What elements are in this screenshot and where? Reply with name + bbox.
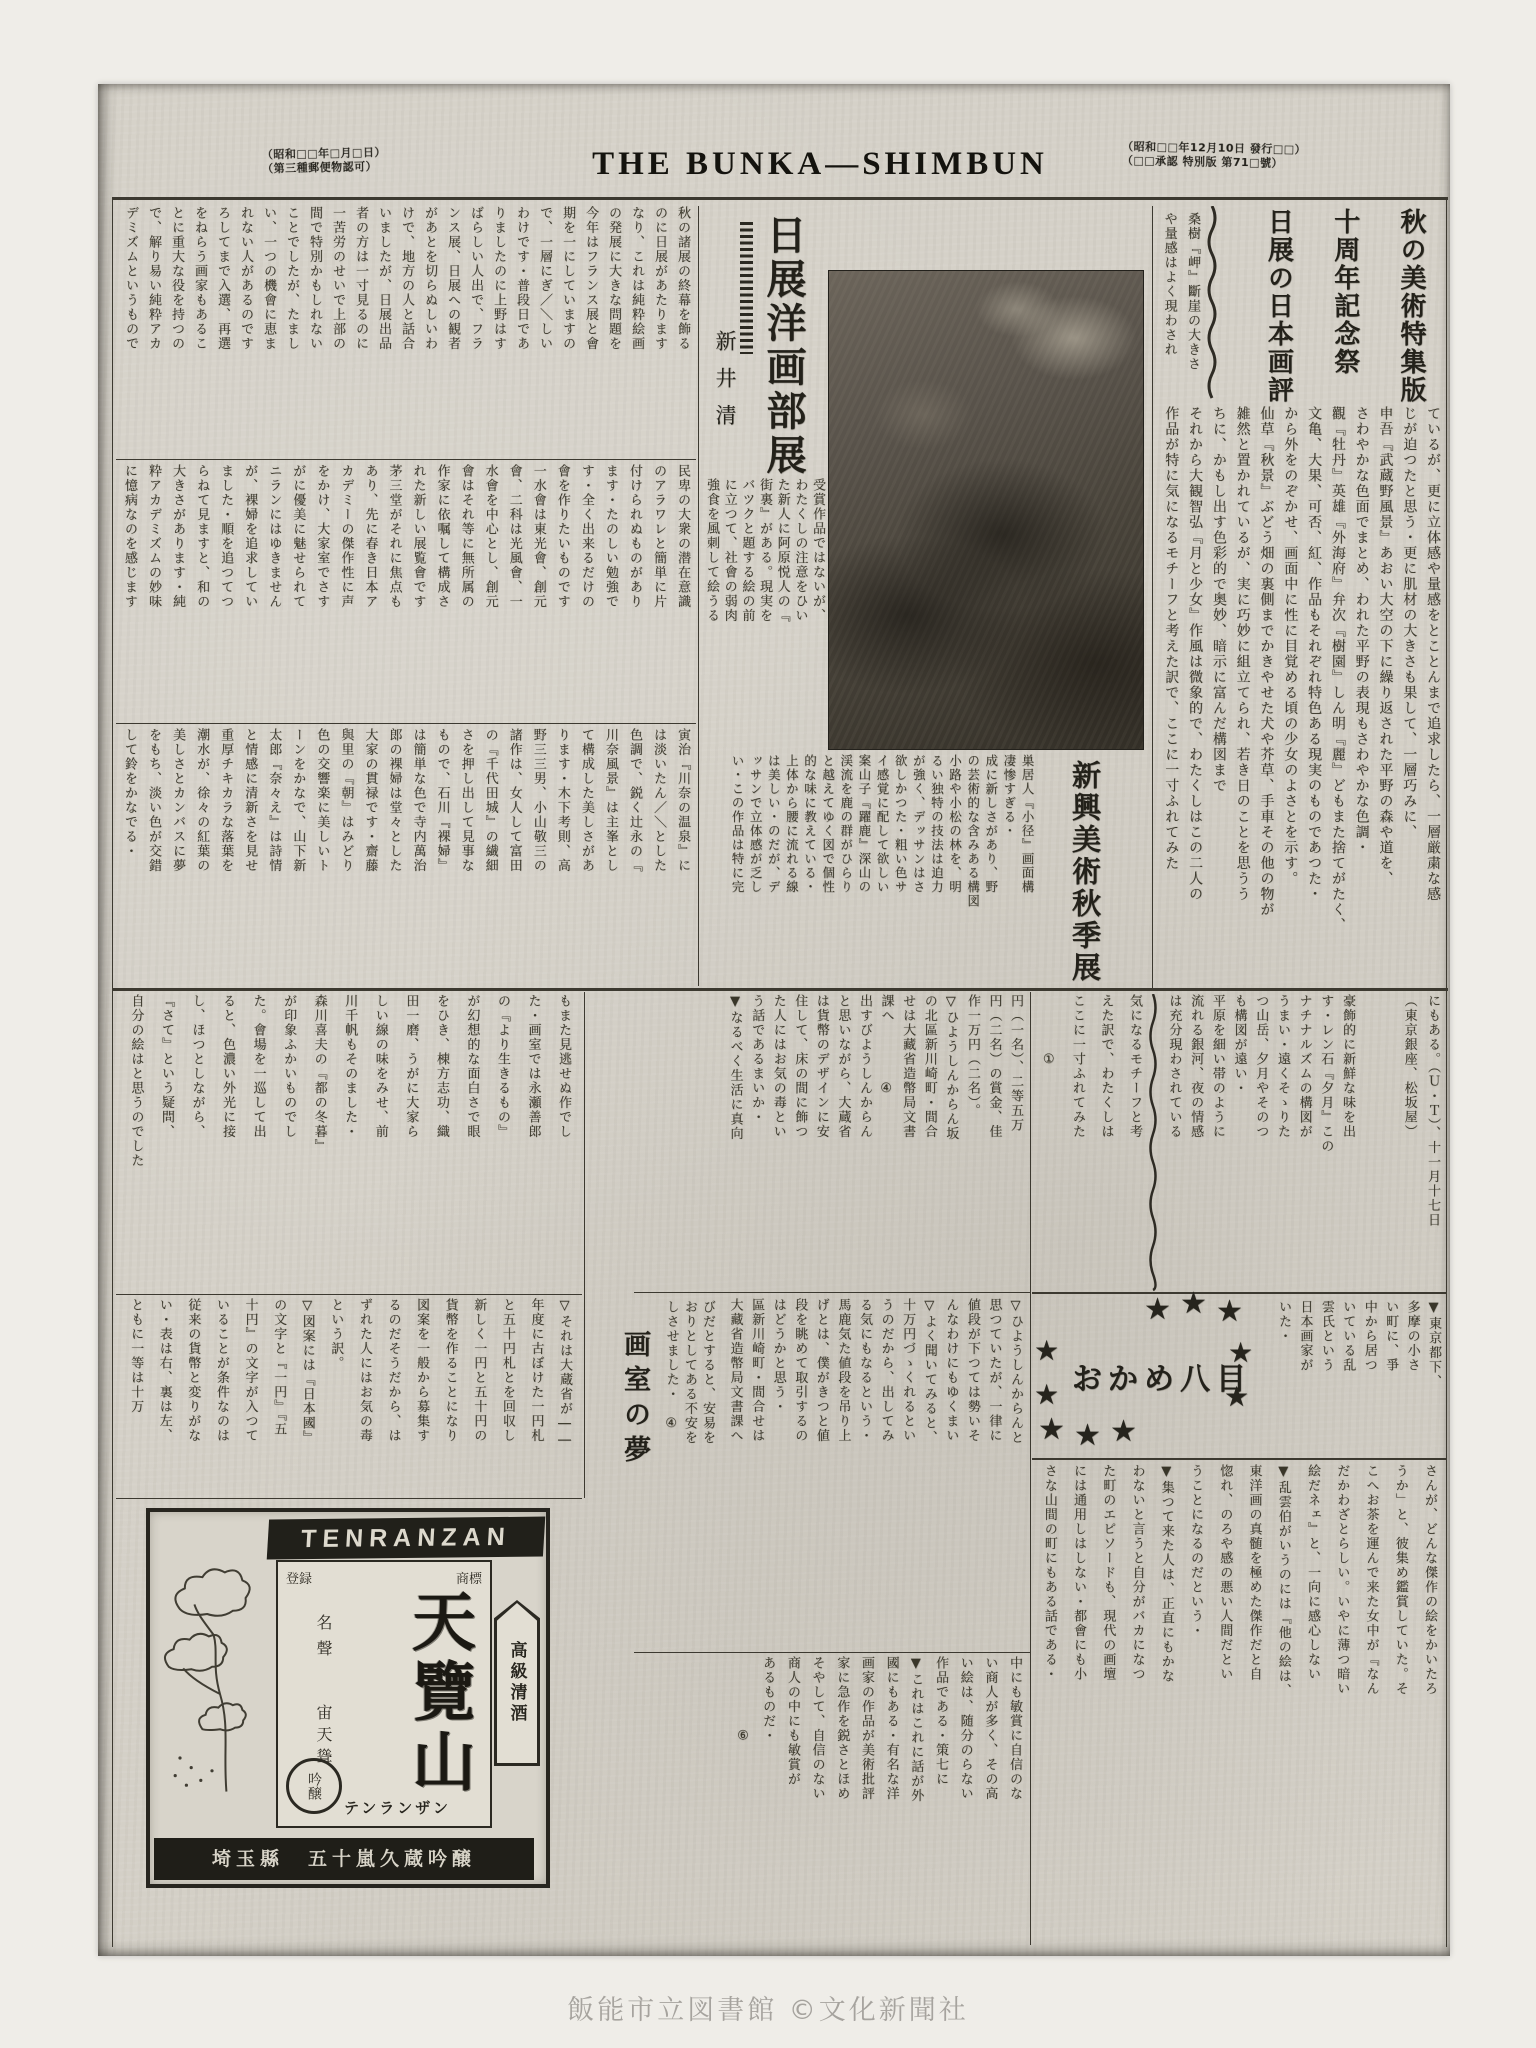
postal-approval-stamp: （昭和□□年□月□日） （第三種郵便物認可） bbox=[262, 144, 473, 177]
trademark-right-text: 商標 bbox=[456, 1568, 482, 1587]
feature-closing-columns: 気になるモチーフと考 えた訳で、わたくしは ここに一寸ふれてみた ① bbox=[1034, 994, 1148, 1290]
nitten-article-columns-row1: 秋の諸展の終幕を飾る のに日展があたります なり、これは純粋絵画 の発展に大きな… bbox=[118, 206, 694, 456]
ad-brand-kana: テンランザン bbox=[344, 1797, 451, 1818]
section-divider-rule bbox=[698, 206, 699, 986]
ad-brand-name: 天覽山 bbox=[392, 1588, 484, 1814]
star-icon: ★ bbox=[1034, 1378, 1059, 1411]
column-rule bbox=[634, 1652, 1030, 1653]
price-talk-columns: ▽ひようしんからんと 思つていたが、一律に 値段が下つては勢いそ んなわけにもゆ… bbox=[724, 1298, 1026, 1646]
column-divider-rule bbox=[584, 992, 585, 1498]
column-divider-rule bbox=[1030, 992, 1031, 1945]
ad-banner: TENRANZAN bbox=[267, 1517, 546, 1560]
shinko-section-columns: 巣居人『小径』画面構 凄惨すぎる・ 成に新しさがあり、野 の芸術的な含みある構図… bbox=[730, 754, 1036, 988]
ad-fame-text: 名聲 bbox=[312, 1614, 335, 1694]
ad-brewer-name: 埼玉縣 五十嵐久蔵吟醸 bbox=[154, 1838, 534, 1880]
column-rule bbox=[116, 459, 696, 460]
star-icon: ★ bbox=[1038, 1412, 1065, 1447]
prize-info-columns: 円（一名）、二等五万 円（二名）の賞金、佳 作一万円（二名）。 ▽ひようしんから… bbox=[724, 994, 1026, 1290]
star-icon: ★ bbox=[1216, 1294, 1243, 1329]
artwork-photo bbox=[828, 270, 1144, 750]
column-rule bbox=[116, 723, 696, 724]
okame-box-bottom-rule bbox=[1032, 1458, 1446, 1460]
ad-label-box: 登録 商標 名聲 宙天聳 天覽山 吟醸 テンランザン bbox=[276, 1560, 492, 1828]
frame-right-rule bbox=[1446, 197, 1447, 1947]
gashitsu-side-columns: びだとすると、安易を おりとしてある不安を しさせました・ ④ bbox=[658, 1300, 716, 1540]
art-dealer-columns: 中にも敏賞に自信のな い商人が多く、その高 い絵は、随分のらない 作品である・策… bbox=[724, 1656, 1026, 1942]
nitten-article-columns-row3: 寅治『川奈の温泉』に は淡いたん／＼とした 色調で、鋭く辻永の『 川奈風景』は主… bbox=[118, 728, 694, 984]
ad-seal-stamp: 吟醸 bbox=[286, 1758, 342, 1814]
nitten-article-author: 新井清 bbox=[710, 330, 740, 480]
ad-grade-label: 高級清酒 bbox=[494, 1600, 540, 1766]
feature-divider-rule bbox=[1152, 206, 1153, 988]
currency-news-columns: ▽それは大蔵省が―― 年度に古ぼけた一円札 と五十円札とを回収し 新しく一円と五… bbox=[116, 1298, 578, 1494]
star-icon: ★ bbox=[1180, 1286, 1207, 1321]
photo-side-caption: 受賞作品ではないが、 わたくしの注意をひい た新人に阿原悦人の『 街裏』がある。… bbox=[702, 478, 826, 742]
newspaper-scan-page: { "header": { "masthead": "THE BUNKA—SHI… bbox=[0, 0, 1536, 2048]
okame-intro-columns: 豪飾的に新鮮な味を出 す・レン石『夕月』この ナチナルズムの構図が うまい・遠く… bbox=[1162, 994, 1358, 1290]
column-rule bbox=[116, 1294, 582, 1295]
wavy-rule-ornament bbox=[1148, 994, 1158, 1292]
nitten-article-columns-row2: 民卑の大衆の潜在意識 のアラワレと簡単に片 付けられぬものがあり ます・たのしい… bbox=[118, 464, 694, 720]
ad-grade-label-text: 高級清酒 bbox=[497, 1603, 537, 1763]
trademark-left-text: 登録 bbox=[286, 1568, 312, 1587]
feature-side-columns: 桑樹『岬』斷崖の大きさ や量感はよく現わされ bbox=[1156, 212, 1204, 398]
frame-left-rule bbox=[112, 197, 113, 1947]
feature-kicker-headline: 秋の美術特集版 十周年記念祭 日展の日本画評 bbox=[1232, 208, 1444, 406]
star-icon: ★ bbox=[1144, 1292, 1171, 1327]
feature-body-columns: ているが、更に立体感や量感をとことんまで追求したら、一層厳粛な感 じが迫つたと思… bbox=[1156, 406, 1444, 986]
tenranzan-sake-ad: TENRANZAN 登録 商標 名聲 宙天聳 天覽山 吟醸 テンランザン 高級清… bbox=[146, 1508, 550, 1888]
wavy-rule-ornament bbox=[1206, 206, 1218, 402]
column-rule bbox=[634, 1292, 1030, 1293]
okame-title-box: ★ ★ ★ ★ ★ ★ ★ ★ ★ ★ おかめ八目 bbox=[1032, 1296, 1266, 1454]
nitten-article-title: 日展洋画部展 bbox=[760, 214, 812, 500]
issue-info-stamp: （昭和□□年12月10日 發行□□） （□□承認 特別版 第71□號） bbox=[1122, 140, 1362, 173]
gashitsu-review-columns: もまた見逃せぬ作でし た・画室では永瀬善郎 の『より生きるもの』 が幻想的な面白… bbox=[116, 994, 578, 1290]
star-icon: ★ bbox=[1034, 1334, 1059, 1367]
header-rule bbox=[112, 197, 1448, 200]
masthead-title: THE BUNKA—SHIMBUN bbox=[540, 146, 1100, 183]
okame-section-title: おかめ八目 bbox=[1072, 1354, 1252, 1398]
gashitsu-section-title: 画室の夢 bbox=[592, 1330, 654, 1530]
okame-story-columns: さんが、どんな傑作の絵をかいたろ うか」と、彼集め鑑賞していた。そ こへお茶を運… bbox=[1034, 1464, 1444, 1944]
shinko-section-title: 新興美術秋季展 bbox=[1044, 760, 1106, 988]
library-credit: 飯能市立図書館 ©文化新聞社 bbox=[0, 1988, 1536, 2027]
column-rule bbox=[116, 1498, 582, 1499]
okame-side-columns: ▼東京都下、 多摩の小さ い町に、爭 中から居つ いている乱 雲氏という 日本画… bbox=[1272, 1300, 1444, 1452]
halfpage-rule bbox=[112, 988, 1448, 991]
star-icon: ★ bbox=[1074, 1418, 1101, 1453]
pine-tree-illustration bbox=[156, 1528, 276, 1828]
star-icon: ★ bbox=[1110, 1414, 1137, 1449]
okame-signoff-columns: にもある。（Ｕ・Ｔ）、十一月十七日 （東京銀座、松坂屋） bbox=[1362, 994, 1444, 1290]
title-stripe-ornament bbox=[740, 222, 753, 354]
